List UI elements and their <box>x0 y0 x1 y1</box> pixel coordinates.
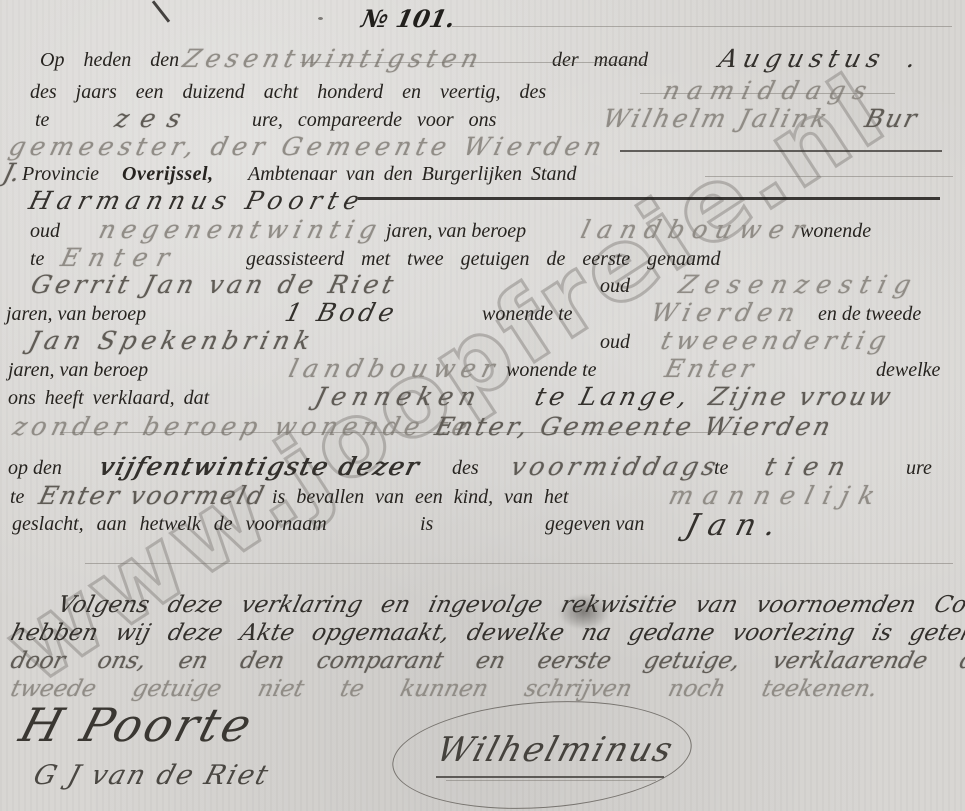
printed-form-text: te <box>714 457 728 480</box>
handwritten-entry-witness1-age: Zesenzestig <box>676 270 922 299</box>
handwritten-entry-birth-hour: tien <box>762 452 858 481</box>
printed-form-text: wonende te <box>482 303 573 326</box>
form-line-14: zonder beroep wonende te Enter, Gemeente… <box>0 412 965 446</box>
scanned-birth-record-page: www.joopfreie.nl № 101. Op heden den Zes… <box>0 0 965 811</box>
ruled-line <box>358 197 940 200</box>
printed-form-text: Op heden den <box>40 49 179 72</box>
act-number: № 101. <box>359 4 458 33</box>
ruled-line <box>705 176 953 177</box>
printed-form-text: oud <box>600 275 630 298</box>
printed-form-text: gegeven van <box>545 513 644 536</box>
handwritten-entry-birth-daypart: voormiddags <box>508 452 723 481</box>
ruled-line <box>620 150 942 152</box>
handwritten-entry-month: Augustus . <box>716 44 925 73</box>
handwritten-entry-father-name: Harmannus Poorte <box>26 186 368 215</box>
ruled-line <box>640 93 895 94</box>
printed-form-text: oud <box>30 220 60 243</box>
handwritten-closing-text: hebben wij deze Akte opgemaakt, dewelke … <box>8 620 965 646</box>
ruled-line <box>452 26 952 27</box>
printed-form-text: is bevallen van een kind, van het <box>272 486 568 509</box>
handwritten-flourish: J. <box>0 158 23 187</box>
handwritten-entry-mother-surname: te Lange, <box>532 382 694 411</box>
printed-form-text: te <box>10 486 24 509</box>
handwritten-entry-witness2-name: Jan Spekenbrink <box>26 326 318 355</box>
handwritten-entry-hour: zes <box>112 104 196 133</box>
printed-form-text: wonende <box>800 220 871 243</box>
handwritten-entry: Zijne vrouw <box>706 382 897 411</box>
handwritten-entry-mother-residence: Enter, Gemeente Wierden <box>432 412 836 441</box>
printed-form-text: te <box>30 248 44 271</box>
printed-form-text: ure <box>906 457 932 480</box>
signature-flourish-line <box>446 780 656 781</box>
handwritten-entry-mother-occupation: zonder beroep wonende te <box>10 412 476 441</box>
handwritten-closing-text: Volgens deze verklaring en ingevolge rek… <box>55 592 965 618</box>
printed-form-text: Provincie <box>22 163 99 186</box>
handwritten-entry-official-name: Wilhelm Jalink <box>600 104 833 133</box>
printed-form-text: dewelke <box>876 359 940 382</box>
printed-form-text: ure, compareerde voor ons <box>252 109 496 132</box>
printed-form-text: der maand <box>552 49 648 72</box>
handwritten-entry-witness2-age: tweeendertig <box>658 326 894 355</box>
printed-form-text: geslacht, aan hetwelk de voornaam <box>12 513 327 536</box>
form-line-1: Op heden den Zesentwintigsten der maand … <box>0 44 965 78</box>
printed-form-text: en de tweede <box>818 303 921 326</box>
handwritten-entry-residence: Enter <box>58 243 181 272</box>
form-line-17: geslacht, aan hetwelk de voornaam is geg… <box>0 508 965 542</box>
handwritten-entry-witness1-name: Gerrit Jan van de Riet <box>28 270 400 299</box>
handwritten-entry-child-name: Jan. <box>682 508 790 543</box>
handwritten-entry-daypart: namiddags <box>660 76 878 105</box>
act-number-line: № 101. <box>0 4 965 38</box>
ruled-line <box>60 432 745 433</box>
handwritten-entry-birthplace: Enter voormeld <box>36 481 269 510</box>
printed-form-text: te <box>35 109 49 132</box>
signature-witness1: G J van de Riet <box>30 760 273 791</box>
printed-form-text: geassisteerd met twee getuigen de eerste… <box>246 248 720 271</box>
printed-form-text-province: Overijssel, <box>122 163 214 186</box>
handwritten-entry-witness2-residence: Enter <box>662 354 760 383</box>
printed-form-text: jaren, van beroep <box>8 359 148 382</box>
handwritten-entry-birth-day: vijfentwintigste dezer <box>96 452 423 481</box>
printed-form-text: op den <box>8 457 62 480</box>
printed-form-text: jaren, van beroep <box>386 220 526 243</box>
ruled-line <box>300 62 645 63</box>
handwritten-entry: Bur <box>862 104 922 133</box>
printed-form-text: is <box>420 513 433 536</box>
printed-form-text: wonende te <box>506 359 597 382</box>
printed-form-text: Ambtenaar van den Burgerlijken Stand <box>248 163 577 186</box>
signature-flourish-line <box>436 776 664 778</box>
handwritten-entry-gender: mannelijk <box>666 481 888 510</box>
handwritten-entry-mother-firstname: Jenneken <box>312 382 485 411</box>
handwritten-entry-witness1-residence: Wierden <box>648 298 804 327</box>
handwritten-entry-occupation: landbouwer <box>578 215 816 244</box>
printed-form-text: ons heeft verklaard, dat <box>8 387 209 410</box>
handwritten-entry-office: gemeester, der Gemeente Wierden <box>6 132 610 161</box>
handwritten-entry-day: Zesentwintigsten <box>180 44 486 73</box>
signature-comparant: H Poorte <box>14 698 260 752</box>
handwritten-entry-witness2-occupation: landbouwer <box>286 354 504 383</box>
printed-form-text: oud <box>600 331 630 354</box>
form-line-13: ons heeft verklaard, dat Jenneken te Lan… <box>0 382 965 416</box>
handwritten-entry-witness1-occupation: 1 Bode <box>282 298 401 327</box>
signature-official: Wilhelminus <box>432 730 679 770</box>
printed-form-text: des jaars een duizend acht honderd en ve… <box>30 81 546 104</box>
ruled-line <box>85 563 953 564</box>
printed-form-text: jaren, van beroep <box>6 303 146 326</box>
handwritten-closing-text: door ons, en den comparant en eerste get… <box>8 648 965 674</box>
printed-form-text: des <box>452 457 479 480</box>
handwritten-entry-age: negenentwintig <box>96 215 386 244</box>
